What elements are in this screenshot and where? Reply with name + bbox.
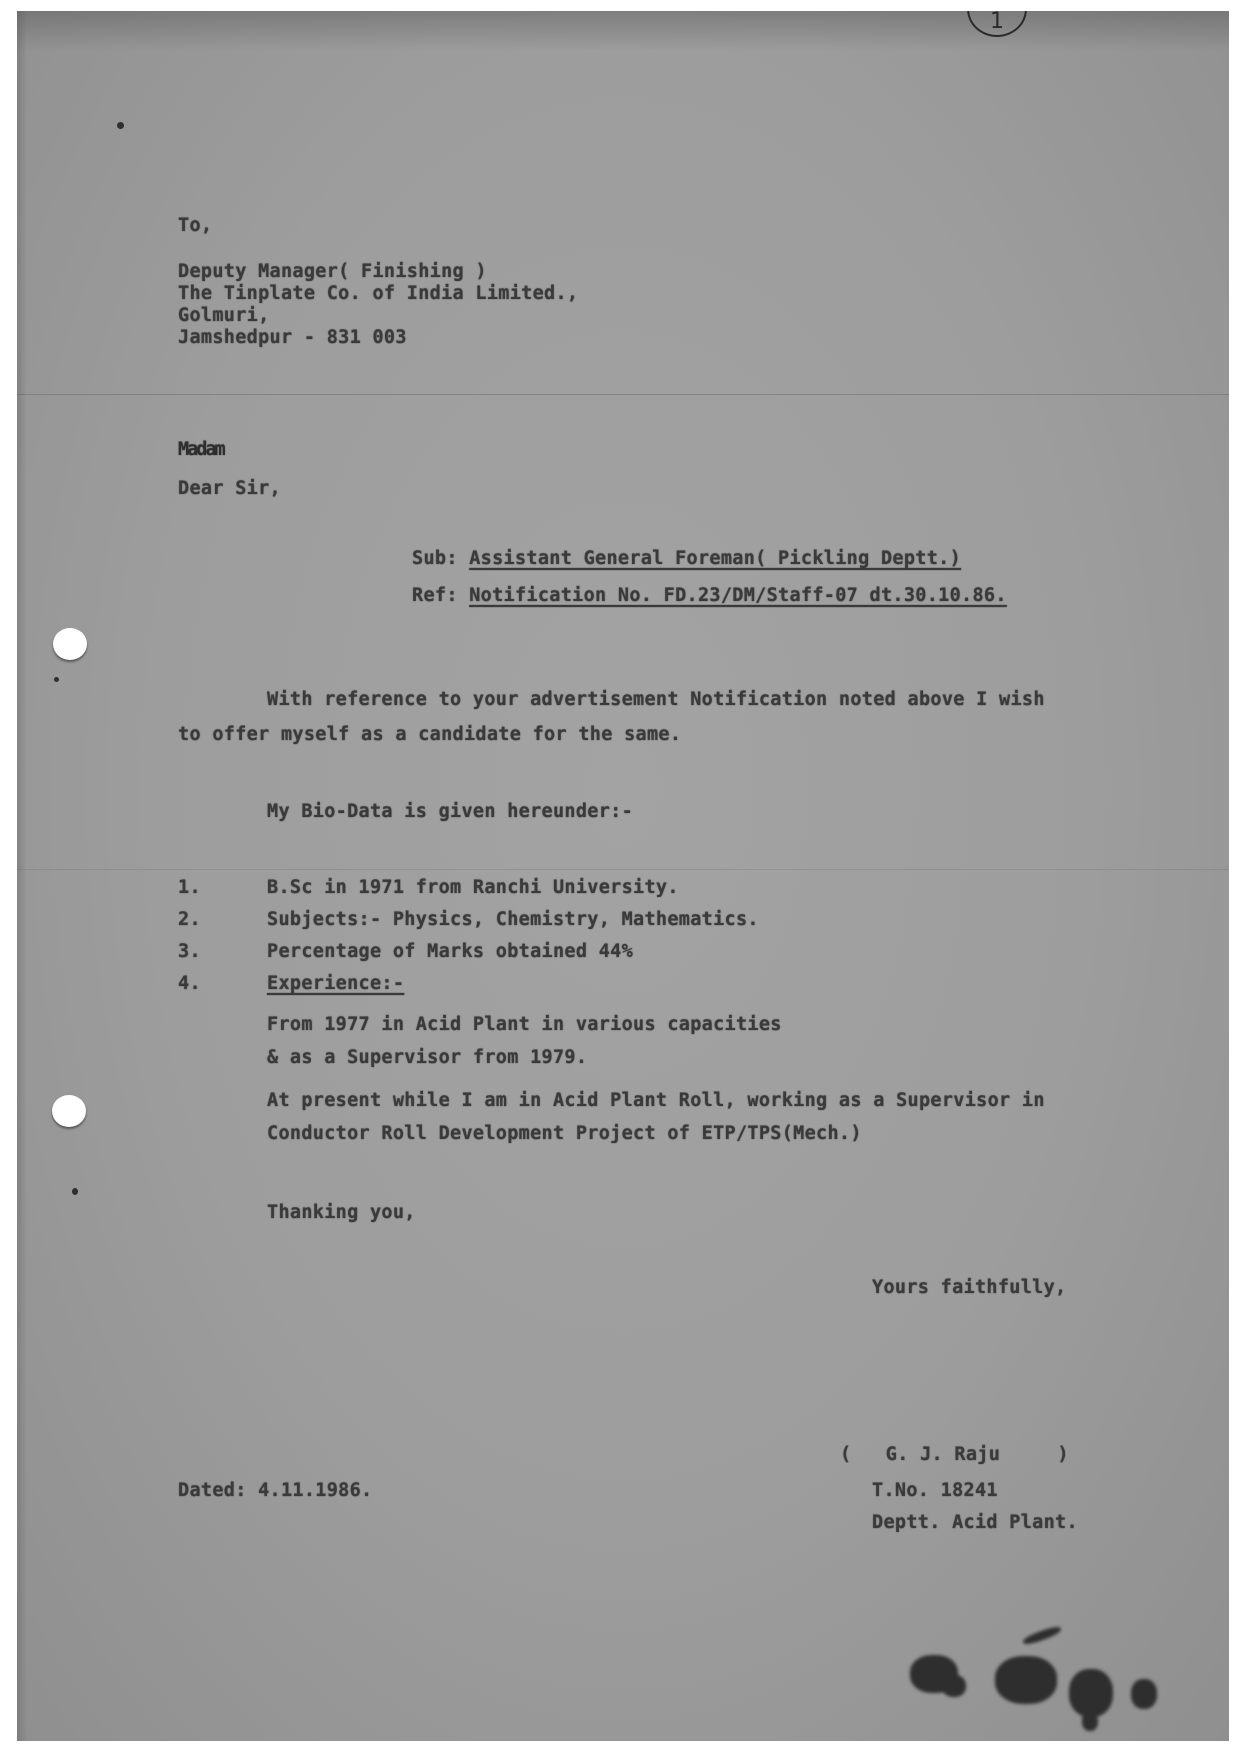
body-line: With reference to your advertisement Not… xyxy=(267,689,1045,710)
fold-crease xyxy=(17,869,1229,870)
sign-off: Yours faithfully, xyxy=(872,1277,1066,1298)
item-text: B.Sc in 1971 from Ranchi University. xyxy=(267,877,679,898)
speck xyxy=(72,1188,78,1195)
recipient-line: The Tinplate Co. of India Limited., xyxy=(178,283,578,304)
recipient-line: Golmuri, xyxy=(178,305,270,326)
item-number: 4. xyxy=(178,973,201,994)
fold-crease xyxy=(17,394,1229,395)
recipient-line: Jamshedpur - 831 003 xyxy=(178,327,407,348)
recipient-line: Deputy Manager( Finishing ) xyxy=(178,261,487,282)
item-text: Experience:- xyxy=(267,973,404,994)
item-text: Percentage of Marks obtained 44% xyxy=(267,941,633,962)
ink-blot xyxy=(995,1656,1057,1704)
reference-line: Ref: Notification No. FD.23/DM/Staff-07 … xyxy=(412,585,1007,606)
page-number-mark: 1 xyxy=(967,11,1027,37)
item-number: 2. xyxy=(178,909,201,930)
subject-text: Assistant General Foreman( Pickling Dept… xyxy=(469,548,961,569)
body-line: to offer myself as a candidate for the s… xyxy=(178,724,681,745)
closing-thanks: Thanking you, xyxy=(267,1202,416,1223)
speck xyxy=(54,677,59,682)
item-text: Subjects:- Physics, Chemistry, Mathemati… xyxy=(267,909,759,930)
ink-blot xyxy=(1082,1711,1098,1731)
signatory-department: Deptt. Acid Plant. xyxy=(872,1512,1078,1533)
greeting: Dear Sir, xyxy=(178,478,281,499)
present-line: At present while I am in Acid Plant Roll… xyxy=(267,1090,1045,1111)
scanned-letter-page: 1 To, Deputy Manager( Finishing ) The Ti… xyxy=(17,11,1229,1741)
subject-line: Sub: Assistant General Foreman( Pickling… xyxy=(412,548,961,569)
struck-word: Madam xyxy=(178,439,224,460)
ink-stroke xyxy=(1022,1624,1063,1646)
item-number: 3. xyxy=(178,941,201,962)
ink-blot xyxy=(942,1675,966,1697)
speck xyxy=(117,122,124,129)
ink-blot xyxy=(1131,1679,1157,1709)
ink-blot xyxy=(1069,1669,1113,1717)
signatory-name: ( G. J. Raju ) xyxy=(840,1444,1069,1465)
experience-line: & as a Supervisor from 1979. xyxy=(267,1047,587,1068)
experience-line: From 1977 in Acid Plant in various capac… xyxy=(267,1014,782,1035)
to-label: To, xyxy=(178,215,212,236)
date-line: Dated: 4.11.1986. xyxy=(178,1480,372,1501)
present-line: Conductor Roll Development Project of ET… xyxy=(267,1123,862,1144)
reference-text: Notification No. FD.23/DM/Staff-07 dt.30… xyxy=(469,585,1007,606)
subject-label: Sub: xyxy=(412,548,458,569)
punch-hole xyxy=(52,1095,86,1127)
item-number: 1. xyxy=(178,877,201,898)
biodata-intro: My Bio-Data is given hereunder:- xyxy=(267,801,633,822)
signatory-ticket: T.No. 18241 xyxy=(872,1480,998,1501)
punch-hole xyxy=(53,628,87,660)
reference-label: Ref: xyxy=(412,585,458,606)
